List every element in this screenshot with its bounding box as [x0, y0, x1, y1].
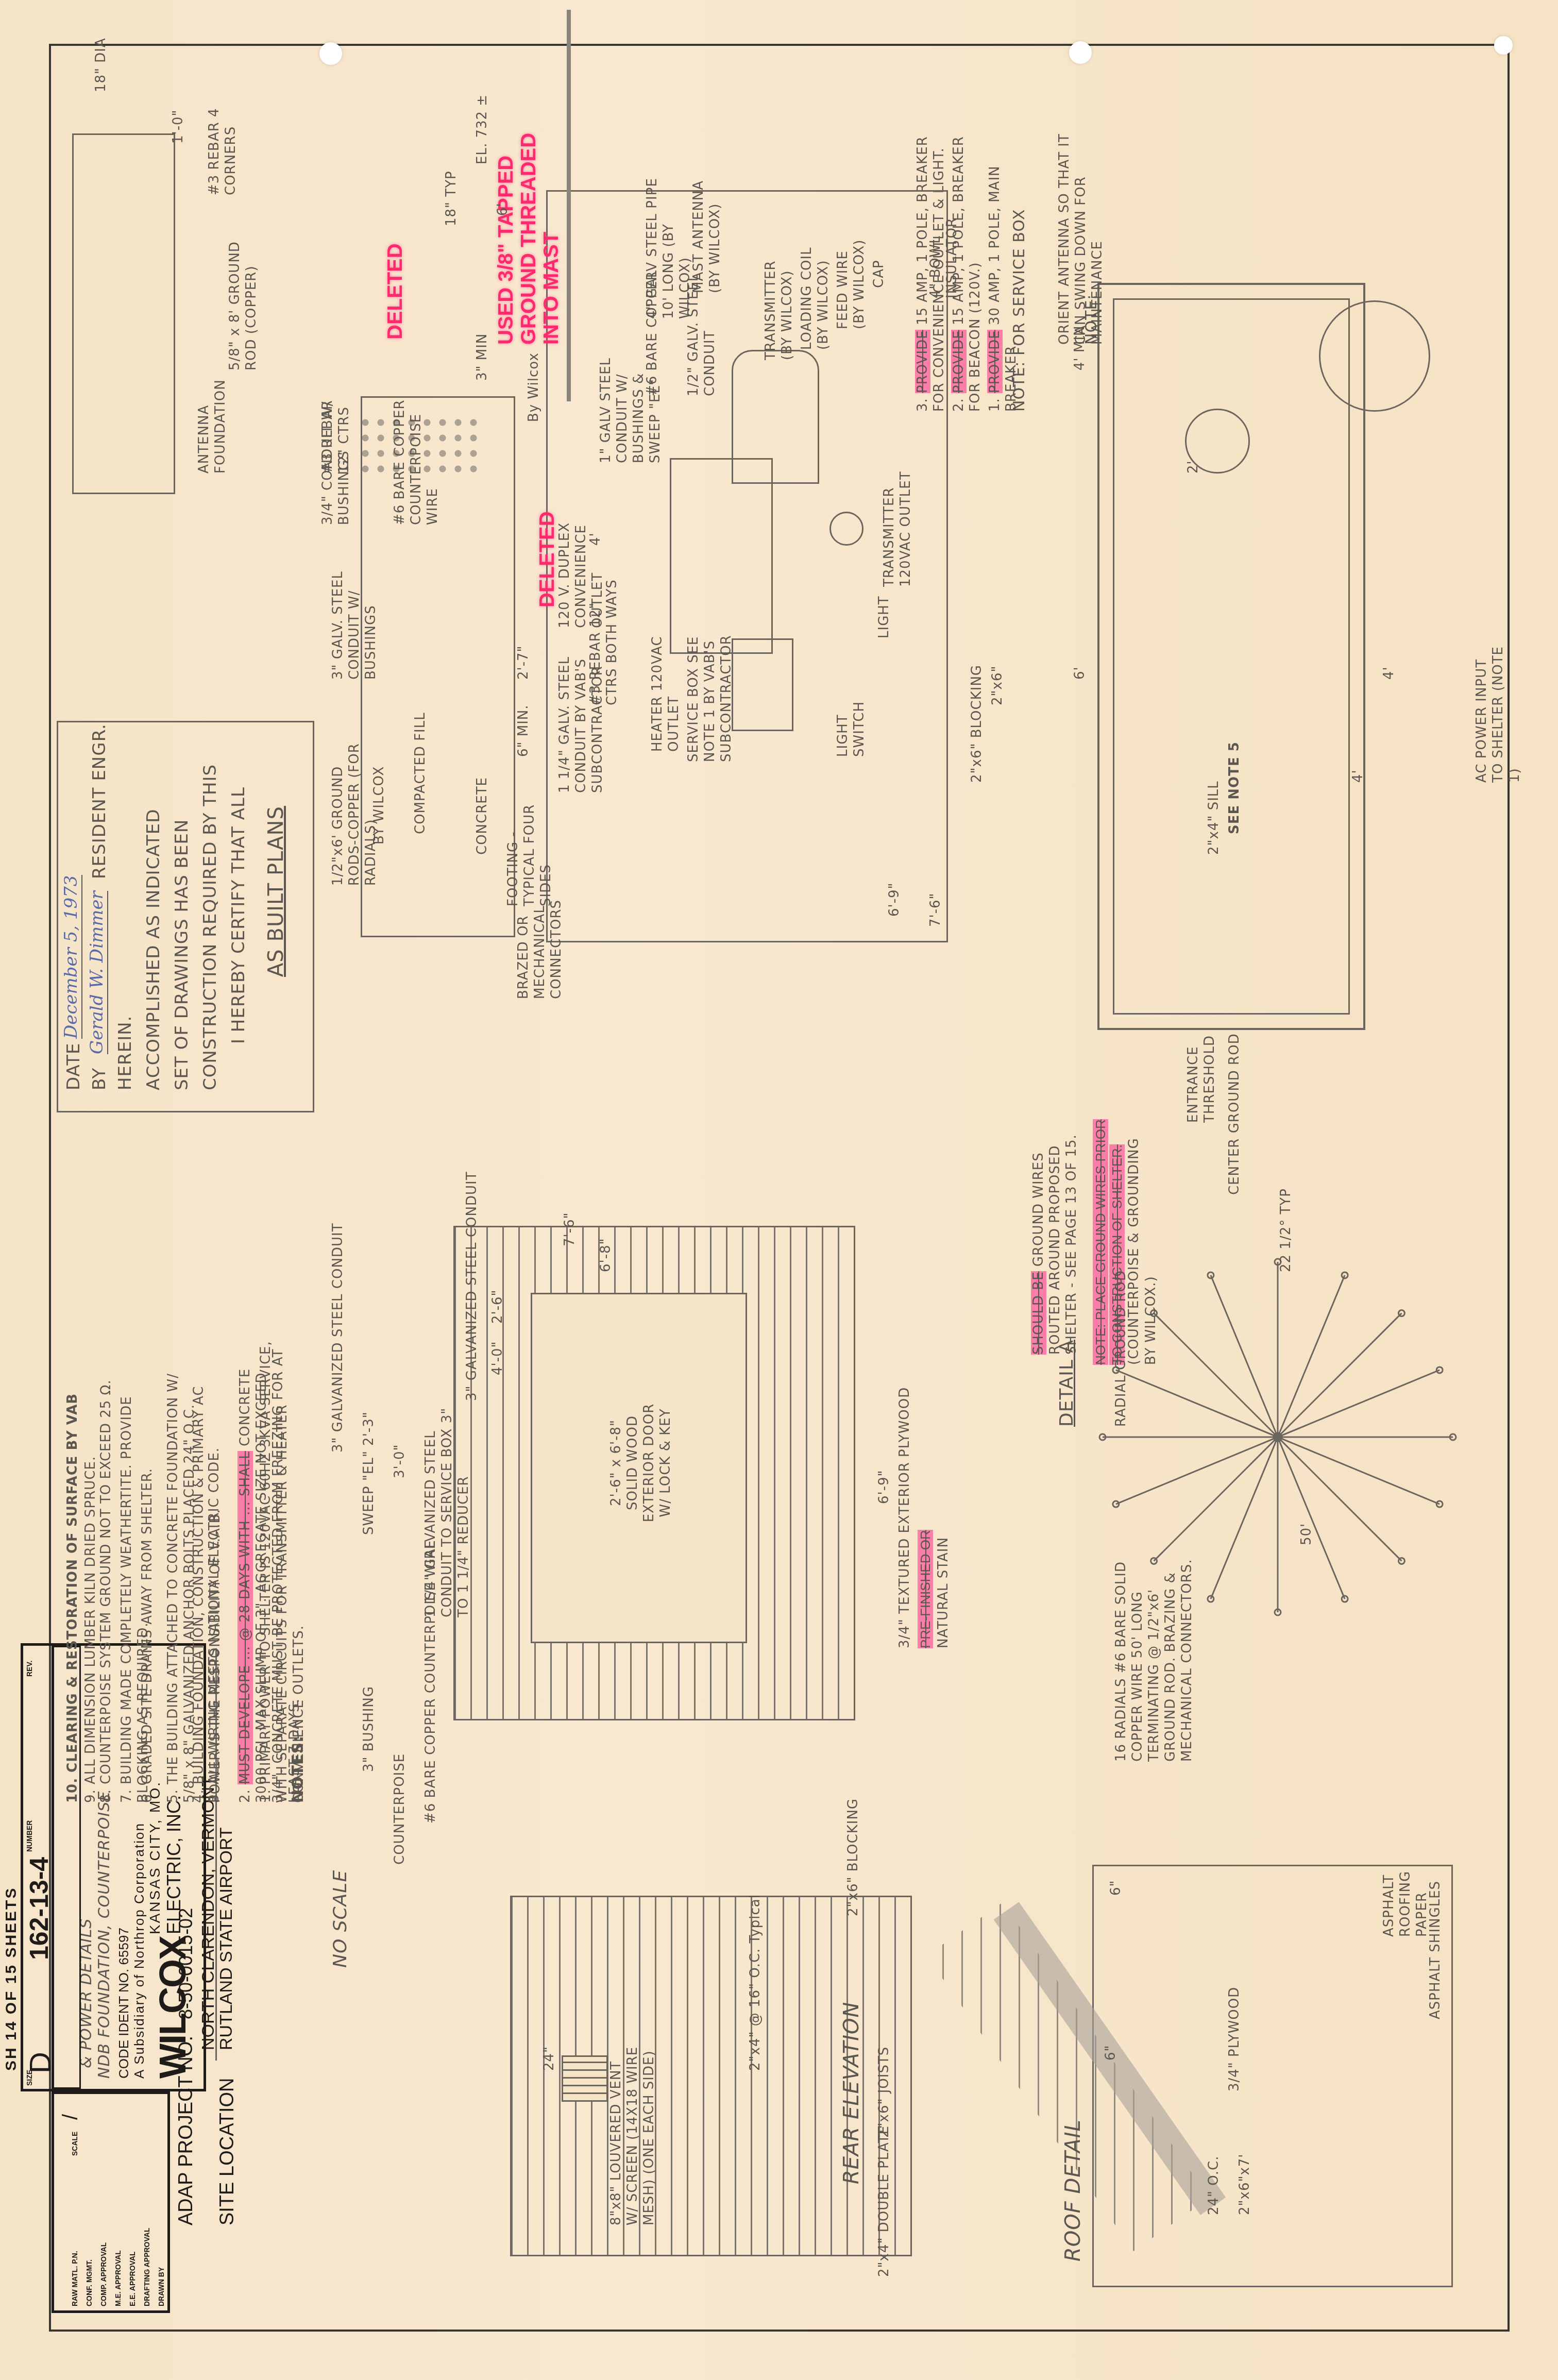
number-label: NUMBER [25, 1820, 33, 1852]
wall-height-dim: 6'-9" [876, 1470, 892, 1504]
note-10-text: CLEARING & RESTORATION OF SURFACE BY VAB [65, 1393, 80, 1773]
by-wilcox-label: By Wilcox [526, 352, 542, 422]
18in-typ-label: 18" TYP [443, 171, 460, 226]
as-built-certification: AS BUILT PLANS I HEREBY CERTIFY THAT ALL… [57, 721, 314, 1112]
counterpoise-wire-label: #6 BARE COPPER COUNTERPOISE WIRE [392, 381, 441, 525]
3in-min-label: 3" MIN [474, 333, 490, 381]
blocking-label: 2"x6" BLOCKING [845, 1798, 861, 1916]
rear-elevation-title: REAR ELEVATION [840, 2001, 863, 2184]
light-fixture [829, 512, 863, 546]
antenna-foundation-pier [72, 133, 175, 494]
mast-pipe [567, 10, 571, 401]
note-8-text: COUNTERPOISE SYSTEM GROUND NOT TO EXCEED… [98, 1379, 114, 1784]
rafter-label: 2"x6"x7' [1237, 2154, 1253, 2215]
struck-text: MUST DEVELOPE ... @ 28 DAYS WITH ... SHA… [238, 1451, 253, 1784]
compacted-fill-label: COMPACTED FILL [412, 712, 429, 834]
dim-2-6: 2'-6" [489, 1289, 506, 1324]
door-height-dim: 6'-8" [598, 1238, 614, 1272]
antenna-foundation-label: ANTENNA FOUNDATION [196, 309, 229, 474]
bushing-label: 3" BUSHING [361, 1686, 377, 1772]
loading-coil-label: LOADING COIL (BY WILCOX) [799, 247, 832, 350]
bowl-insulator-label: 4" BOWL INSULATOR [927, 195, 960, 298]
blocking-label: 2"x6" BLOCKING [969, 665, 985, 783]
conduit-3in-label-2: 3" GALVANIZED STEEL CONDUIT [330, 1223, 346, 1453]
adap-project-label: ADAP PROJECT NO. [175, 2036, 197, 2225]
note-num: 9. [83, 1789, 98, 1803]
ac-power-input-label: AC POWER INPUT TO SHELTER (NOTE 1) [1474, 638, 1523, 783]
vent-offset-dim: 24" [541, 2046, 557, 2071]
louvered-vent [562, 2055, 608, 2102]
approvals-table: DRAWN BY DRAFTING APPROVAL E.E. APPROVAL… [52, 2091, 170, 2313]
center-ground-rod-label: CENTER GROUND ROD [1226, 1033, 1243, 1195]
sheet-count: SH 14 OF 15 SHEETS [3, 1887, 20, 2071]
redline-tapped-ground: USED 3/8" TAPPED GROUND THREADED INTO MA… [495, 118, 563, 345]
company-city: KANSAS CITY, MO. [147, 1781, 163, 1934]
door-label: 2'-6" x 6'-8" SOLID WOOD EXTERIOR DOOR W… [608, 1396, 674, 1530]
cert-line-5: HEREIN. [115, 1016, 136, 1090]
feed-wire-label: FEED WIRE (BY WILCOX) [835, 226, 868, 329]
dim-7-6: 7'-6" [927, 892, 944, 927]
by-wilcox-rods: BY WILCOX [371, 766, 387, 845]
redline-deleted-1: DELETED [384, 243, 407, 340]
elevation-label: EL. 732 ± [474, 94, 490, 164]
double-plate-label: 2"x4" DOUBLE PLATE [876, 2125, 892, 2277]
shelter-plan-inner [1113, 298, 1350, 1015]
half-inch-conduit-label: 1/2" GALV. STEEL CONDUIT [685, 262, 718, 396]
blocking-size-label: 2"x6" [989, 666, 1006, 705]
radial-length-label: 50' [1298, 1523, 1315, 1545]
dim-4ft: 4' [587, 532, 604, 546]
vent-label: 8"x8" LOUVERED VENT W/ SCREEN (14X18 WIR… [608, 2040, 657, 2225]
drawn-by-label: DRAWN BY [157, 2267, 165, 2306]
note-5-text: THE BUILDING ATTACHED TO CONCRETE FOUNDA… [165, 1373, 197, 1803]
ee-approval-label: E.E. APPROVAL [128, 2251, 137, 2306]
note-7-text: BUILDING MADE COMPLETELY WEATHERTITE. PR… [119, 1396, 151, 1803]
number-block: SIZE D NUMBER 162-13-4 REV. [21, 1643, 54, 2091]
plywood-label: 3/4" TEXTURED EXTERIOR PLYWOOD [896, 1387, 913, 1648]
raw-matl-label: RAW MATL. P.N. [71, 2251, 79, 2306]
rafter-spacing-label: 24" O.C. [1206, 2156, 1222, 2215]
6in-min-label: 6" MIN. [515, 704, 532, 757]
dim-2-7: 2'-7" [515, 645, 532, 680]
struck-provide: PROVIDE [987, 330, 1003, 393]
struck-should-be: SHOULD BE [1031, 1271, 1046, 1355]
heater-outlet-label: HEATER 120VAC OUTLET [649, 618, 682, 752]
site-location-airport: RUTLAND STATE AIRPORT [216, 1827, 236, 2050]
engineer-signature: Gerald W. Dimmer [87, 891, 108, 1054]
cert-line-4: ACCOMPLISHED AS INDICATED [143, 809, 164, 1090]
drafting-approval-label: DRAFTING APPROVAL [143, 2228, 151, 2306]
note-num: 8. [98, 1789, 114, 1803]
mech-connectors-label: BRAZED OR MECHANICAL CONNECTORS [515, 834, 565, 999]
drawing-number: 162-13-4 [24, 1857, 54, 1960]
3-4-conduit-label: 3/4" CONDUIT W/ BUSHINGS [319, 391, 352, 525]
rebar-corners-label: #3 REBAR 4 CORNERS [206, 82, 239, 195]
plywood-label: 3/4" PLYWOOD [1226, 1987, 1243, 2091]
dim-3-0: 3'-0" [392, 1444, 408, 1478]
counterpoise-wire-label: #6 BARE COPPER COUNTERPOISE WIRE [422, 1540, 439, 1824]
plan-4ft-dim: 4' [1350, 769, 1366, 783]
pier-width-dim: 1'-0" [170, 109, 187, 144]
radial-ground-rod-label: RADIAL GROUND ROD [1113, 1270, 1129, 1427]
angle-label: 22 1/2° TYP [1278, 1188, 1294, 1272]
plate-dim: 6" [1103, 2045, 1119, 2061]
site-location-label: SITE LOCATION [216, 2078, 239, 2225]
radials-note: 16 RADIALS #6 BARE SOLID COPPER WIRE 50'… [1113, 1556, 1195, 1762]
service-box-label: SERVICE BOX SEE NOTE 1 BY VAB'S SUBCONTR… [685, 607, 735, 762]
note-7: 7. BUILDING MADE COMPLETELY WEATHERTITE.… [118, 1339, 151, 1803]
comp-approval-label: COMP. APPROVAL [99, 2242, 108, 2306]
see-note-5-label: SEE NOTE 5 [1226, 741, 1243, 834]
finish-option: PRE-FINISHED OR [917, 1530, 934, 1648]
cap-label: CAP [871, 260, 887, 288]
ground-rod-label: 5/8" x 8' GROUND ROD (COPPER) [227, 206, 260, 370]
rebar-both-ways-label: #3 REBAR 12" CTRS BOTH WAYS [587, 571, 620, 705]
plan-width-dim: 4' [1381, 666, 1397, 680]
transmitter-outlet-label: TRANSMITTER 120VAC OUTLET [881, 463, 914, 587]
no-scale-note: NO SCALE [330, 1870, 351, 1968]
dim-4-0: 4'-0" [489, 1341, 506, 1375]
rotated-drawing-canvas: DRAWN BY DRAFTING APPROVAL E.E. APPROVAL… [0, 0, 1558, 2380]
drawing-sheet: DRAWN BY DRAFTING APPROVAL E.E. APPROVAL… [0, 0, 1558, 2380]
roof-detail-title: ROOF DETAIL [1061, 2119, 1085, 2261]
me-approval-label: M.E. APPROVAL [114, 2250, 122, 2306]
as-built-heading: AS BUILT PLANS [264, 806, 288, 977]
note-num: 7. [119, 1789, 134, 1803]
note-5: 5. THE BUILDING ATTACHED TO CONCRETE FOU… [165, 1339, 198, 1803]
cert-line-3: SET OF DRAWINGS HAS BEEN [172, 819, 192, 1090]
note-10: 10. CLEARING & RESTORATION OF SURFACE BY… [64, 1339, 81, 1803]
6ft-dim: 6' [495, 202, 511, 216]
redline-deleted-2: DELETED [536, 511, 559, 607]
rev-label: REV. [25, 1661, 33, 1677]
conduit-3in-label: 3" GALVANIZED STEEL CONDUIT [464, 1171, 480, 1401]
roofing-paper-label: ASPHALT ROOFING PAPER [1381, 1860, 1430, 1937]
certification-date: December 5, 1973 [61, 875, 82, 1039]
light-switch-label: LIGHT SWITCH [835, 674, 868, 757]
note-num: 1. [987, 398, 1003, 412]
entrance-threshold-label: ENTRANCE THRESHOLD [1185, 1030, 1218, 1123]
scale-label: SCALE [71, 2132, 79, 2156]
concrete-label: CONCRETE [474, 777, 490, 855]
sill-label: 2"x4" SILL [1206, 781, 1222, 855]
antenna-base-plan [1319, 300, 1430, 412]
dim-6-9: 6'-9" [886, 882, 903, 917]
ground-wires-note: SHOULD BE GROUND WIRES ROUTED AROUND PRO… [1030, 1107, 1080, 1355]
cert-line-1: I HEREBY CERTIFY THAT ALL [228, 787, 249, 1044]
drawing-title-line1: NDB FOUNDATION, COUNTERPOISE [95, 1791, 113, 2079]
note-9-text: ALL DIMENSION LUMBER KILN DRIED SPRUCE. [83, 1456, 98, 1784]
note-num: 2. [238, 1789, 253, 1803]
joists-label: 2"x6" JOISTS [876, 2047, 892, 2138]
adap-project-number: 8-50-0015-02 [175, 1908, 197, 2019]
natural-stain-label: NATURAL STAIN [935, 1537, 952, 1648]
struck-provide: PROVIDE [951, 330, 967, 393]
service-box [732, 638, 793, 731]
transmitter-label: TRANSMITTER (BY WILCOX) [763, 247, 795, 360]
company-subsidiary: A Subsidiary of Northrop Corporation [131, 1822, 147, 2079]
cert-line-2: CONSTRUCTION REQUIRED BY THIS [200, 764, 221, 1090]
loading-coil-box [732, 350, 819, 484]
scale-value: / [59, 2114, 82, 2120]
size-value: D [23, 2052, 58, 2073]
resident-engr-label: RESIDENT ENGR. [89, 723, 110, 879]
conf-mgmt-label: CONF. MGMT. [85, 2259, 93, 2306]
note-8: 8. COUNTERPOISE SYSTEM GROUND NOT TO EXC… [98, 1339, 114, 1803]
struck-prefinished: PRE-FINISHED OR [918, 1530, 933, 1648]
plan-length-dim: 6' [1072, 666, 1088, 680]
note-text: (COUNTERPOISE & GROUNDING BY WILCOX.) [1126, 1138, 1159, 1365]
counterpoise-label: COUNTERPOISE [392, 1753, 408, 1865]
pier-dia-label: 18" DIA [93, 38, 109, 92]
note-num: 5. [165, 1789, 181, 1803]
note-num: 10. [65, 1778, 80, 1803]
service-note-1: 1. PROVIDE 30 AMP, 1 POLE, MAIN BREAKER. [987, 103, 1020, 412]
sweep-el-label: SWEEP "EL" 2'-3" [361, 1411, 377, 1535]
code-ident: CODE IDENT NO. 65597 [116, 1928, 132, 2079]
note-9: 9. ALL DIMENSION LUMBER KILN DRIED SPRUC… [82, 1339, 99, 1803]
light-label: LIGHT [876, 596, 892, 638]
plan-2ft-dim: 2' [1185, 460, 1201, 474]
note-num: 2. [951, 398, 967, 412]
3in-conduit-label: 3" GALV. STEEL CONDUIT W/ BUSHINGS [330, 515, 379, 680]
date-label: DATE [63, 1043, 84, 1090]
one-inch-conduit-label: 1" GALV STEEL CONDUIT W/ BUSHINGS & SWEE… [598, 329, 664, 463]
by-label: BY [89, 1068, 110, 1090]
note-2: 2. MUST DEVELOPE ... @ 28 DAYS WITH ... … [237, 1339, 303, 1803]
antenna-note-text: ORIENT ANTENNA SO THAT IT CAN SWING DOWN… [1056, 128, 1106, 345]
stud-label: 2"x4" @ 16" O.C. Typical [747, 1894, 764, 2071]
overhang-dim: 6" [1108, 1880, 1124, 1896]
overall-height-dim: 7'-6" [562, 1212, 578, 1246]
